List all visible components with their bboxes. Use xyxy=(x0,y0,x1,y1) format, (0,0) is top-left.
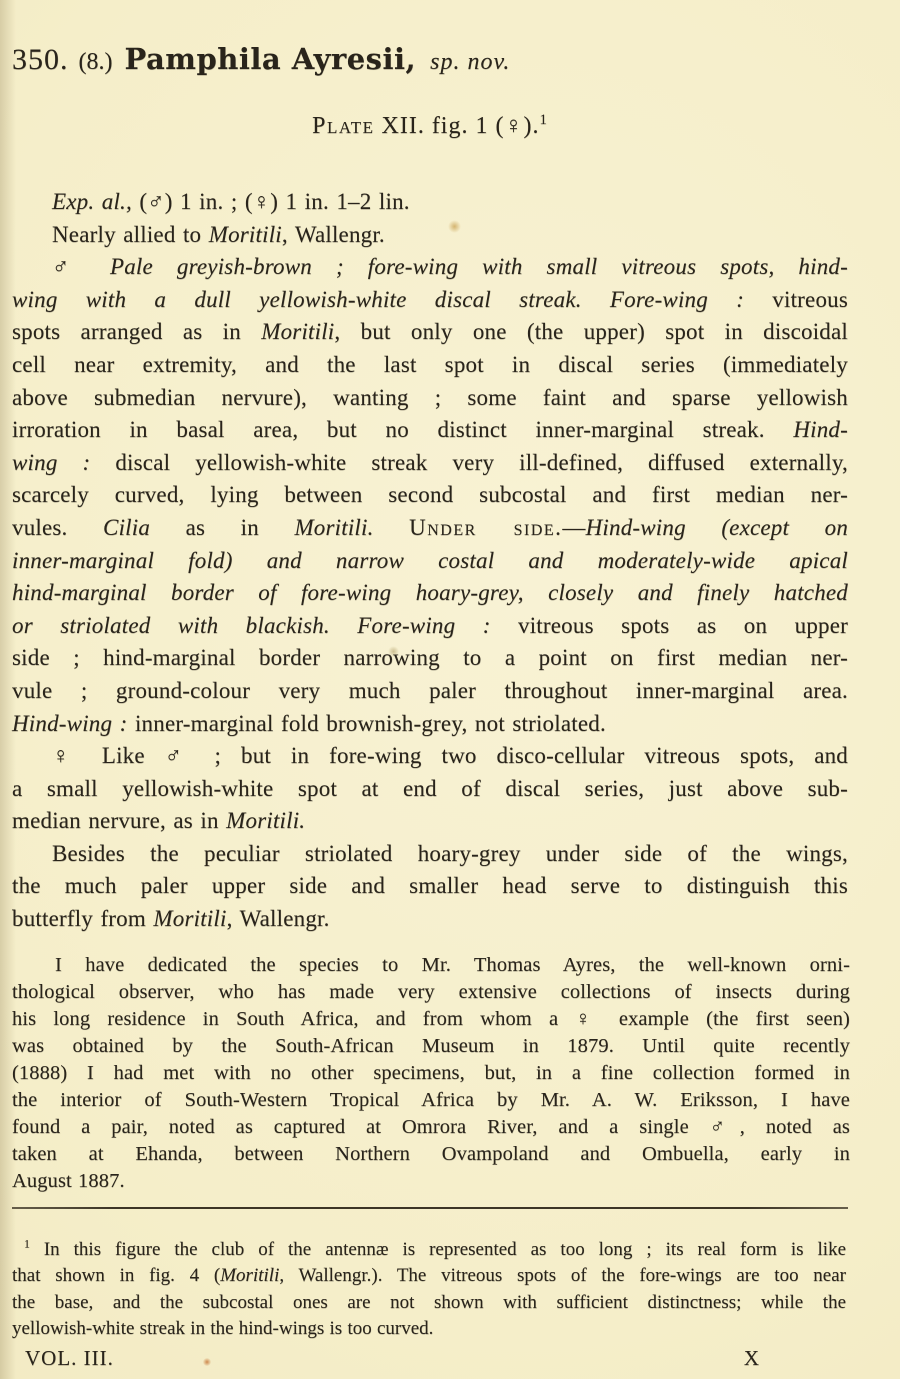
volume-label: VOL. III. xyxy=(25,1346,114,1370)
text-line: hind-marginal border of fore-wing hoary-… xyxy=(12,577,848,610)
text-segment: hind-marginal border of fore-wing hoary-… xyxy=(12,580,848,605)
text-segment: Moritili. xyxy=(226,808,305,833)
text-line: vules. Cilia as in Moritili. Under side.… xyxy=(12,512,848,545)
text-segment: Hind-wing : xyxy=(12,711,128,736)
text-segment: side ; hind-marginal border narrowing to… xyxy=(12,645,848,670)
text-segment: , Wallengr. xyxy=(227,906,330,931)
text-segment: scarcely curved, lying between second su… xyxy=(12,482,848,507)
text-segment: wing with a dull yellowish-white discal … xyxy=(12,287,744,312)
text-segment: , Wallengr. xyxy=(282,222,385,247)
text-line: yellowish-white streak in the hind-wings… xyxy=(12,1316,846,1343)
text-segment: or striolated with blackish. Fore-wing : xyxy=(12,613,491,638)
text-segment: vitreous spots as on upper xyxy=(491,613,848,638)
text-segment: spots arranged as in xyxy=(12,319,261,344)
plate-caption: Plate XII. fig. 1 (♀).1 xyxy=(12,110,848,142)
text-segment: inner-marginal fold) and narrow costal a… xyxy=(12,548,848,573)
text-segment: ♀ Like ♂ ; but in fore-wing two disco-ce… xyxy=(52,743,848,768)
text-line: scarcely curved, lying between second su… xyxy=(12,479,848,512)
text-segment: discal yellowish-white streak very ill-d… xyxy=(90,450,848,475)
text-segment: his long residence in South Africa, and … xyxy=(12,1008,850,1030)
text-line: Nearly allied to Moritili, Wallengr. xyxy=(12,219,848,252)
signature-mark: X xyxy=(744,1346,760,1370)
text-segment: Moritili xyxy=(220,1265,279,1286)
text-line: cell near extremity, and the last spot i… xyxy=(12,349,848,382)
footnote-reference: 1 xyxy=(539,112,547,128)
text-segment: In this figure the club of the antennæ i… xyxy=(30,1239,846,1260)
text-segment: Cilia xyxy=(103,515,150,540)
text-segment: — xyxy=(562,515,585,540)
text-segment: Under side. xyxy=(409,515,562,540)
text-line: a small yellowish-white spot at end of d… xyxy=(12,773,848,806)
text-segment: Besides the peculiar striolated hoary-gr… xyxy=(52,841,848,866)
text-segment: thological observer, who has made very e… xyxy=(12,981,850,1003)
text-line: irroration in basal area, but no distinc… xyxy=(12,414,848,447)
text-segment: Exp. al., xyxy=(52,189,132,214)
text-line: Exp. al., (♂) 1 in. ; (♀) 1 in. 1–2 lin. xyxy=(12,186,848,219)
text-segment: vule ; ground-colour very much paler thr… xyxy=(12,678,848,703)
text-line: Hind-wing : inner-marginal fold brownish… xyxy=(12,708,848,741)
text-line: wing with a dull yellowish-white discal … xyxy=(12,284,848,317)
text-segment: , Wallengr.). The vitreous spots of the … xyxy=(279,1265,846,1286)
text-segment: yellowish-white streak in the hind-wings… xyxy=(12,1318,433,1339)
species-name: Pamphila Ayresii, xyxy=(124,42,416,76)
footnote-text: 1 In this figure the club of the antennæ… xyxy=(12,1237,846,1343)
text-line: wing : discal yellowish-white streak ver… xyxy=(12,447,848,480)
text-line: the much paler upper side and smaller he… xyxy=(12,870,848,903)
text-segment: inner-marginal fold brownish-grey, not s… xyxy=(128,711,606,736)
text-segment: (1888) I had met with no other specimens… xyxy=(12,1062,850,1084)
text-line: taken at Ehanda, between Northern Ovampo… xyxy=(12,1141,850,1168)
text-segment: median nervure, as in xyxy=(12,808,226,833)
text-segment: August 1887. xyxy=(12,1170,125,1192)
text-line: found a pair, noted as captured at Omror… xyxy=(12,1114,850,1141)
text-line: Besides the peculiar striolated hoary-gr… xyxy=(12,838,848,871)
species-index: (8.) xyxy=(79,49,113,75)
page-footer: VOL. III. X xyxy=(12,1346,848,1370)
species-rank: sp. nov. xyxy=(430,49,510,75)
text-line: 1 In this figure the club of the antennæ… xyxy=(12,1237,846,1264)
plate-reference: XII. fig. 1 (♀). xyxy=(375,113,540,139)
text-line: August 1887. xyxy=(12,1168,850,1195)
text-line: that shown in fig. 4 (Moritili, Wallengr… xyxy=(12,1263,846,1290)
text-line: vule ; ground-colour very much paler thr… xyxy=(12,675,848,708)
text-line: the interior of South-Western Tropical A… xyxy=(12,1087,850,1114)
text-line: thological observer, who has made very e… xyxy=(12,979,850,1006)
text-line: I have dedicated the species to Mr. Thom… xyxy=(12,952,850,979)
text-segment: Nearly allied to xyxy=(52,222,209,247)
species-number: 350. xyxy=(12,43,69,76)
text-segment: Hind- xyxy=(793,417,848,442)
text-segment: cell near extremity, and the last spot i… xyxy=(12,352,848,377)
text-segment xyxy=(374,515,410,540)
text-segment: a small yellowish-white spot at end of d… xyxy=(12,776,848,801)
text-segment: Moritili. xyxy=(294,515,373,540)
text-line: side ; hind-marginal border narrowing to… xyxy=(12,642,848,675)
footnote-divider xyxy=(12,1207,848,1209)
text-segment: wing : xyxy=(12,450,90,475)
text-segment: was obtained by the South-African Museum… xyxy=(12,1035,850,1057)
text-segment: vules. xyxy=(12,515,103,540)
text-line: median nervure, as in Moritili. xyxy=(12,805,848,838)
text-segment: butterfly from xyxy=(12,906,153,931)
text-segment: Pale greyish-brown ; fore-wing with smal… xyxy=(110,254,848,279)
text-line: or striolated with blackish. Fore-wing :… xyxy=(12,610,848,643)
text-line: was obtained by the South-African Museum… xyxy=(12,1033,850,1060)
text-segment: irroration in basal area, but no distinc… xyxy=(12,417,793,442)
text-segment: as in xyxy=(150,515,294,540)
text-segment: vitreous xyxy=(744,287,848,312)
text-segment: above submedian nervure), wanting ; some… xyxy=(12,385,848,410)
text-segment: Hind-wing (except on xyxy=(586,515,848,540)
text-segment: (♂) 1 in. ; (♀) 1 in. 1–2 lin. xyxy=(132,189,410,214)
text-line: the base, and the subcostal ones are not… xyxy=(12,1290,846,1317)
text-segment: ♂ xyxy=(52,254,110,279)
text-segment: the base, and the subcostal ones are not… xyxy=(12,1292,846,1313)
text-segment: Moritili xyxy=(261,319,334,344)
text-line: above submedian nervure), wanting ; some… xyxy=(12,382,848,415)
text-line: inner-marginal fold) and narrow costal a… xyxy=(12,545,848,578)
text-segment: the interior of South-Western Tropical A… xyxy=(12,1089,850,1111)
text-segment: the much paler upper side and smaller he… xyxy=(12,873,848,898)
text-segment: Moritili xyxy=(209,222,282,247)
text-line: (1888) I had met with no other specimens… xyxy=(12,1060,850,1087)
text-segment: found a pair, noted as captured at Omror… xyxy=(12,1116,850,1138)
text-line: ♂ Pale greyish-brown ; fore-wing with sm… xyxy=(12,251,848,284)
text-segment: taken at Ehanda, between Northern Ovampo… xyxy=(12,1143,850,1165)
page-body: Exp. al., (♂) 1 in. ; (♀) 1 in. 1–2 lin.… xyxy=(12,186,848,1343)
species-heading: 350. (8.) Pamphila Ayresii, sp. nov. xyxy=(12,40,848,84)
text-line: butterfly from Moritili, Wallengr. xyxy=(12,903,848,936)
text-segment: I have dedicated the species to Mr. Thom… xyxy=(55,954,850,976)
book-page: 350. (8.) Pamphila Ayresii, sp. nov. Pla… xyxy=(0,0,900,1370)
plate-word: Plate xyxy=(312,113,374,139)
dedication-paragraph: I have dedicated the species to Mr. Thom… xyxy=(12,952,850,1195)
description-text: Exp. al., (♂) 1 in. ; (♀) 1 in. 1–2 lin.… xyxy=(12,186,848,936)
text-line: spots arranged as in Moritili, but only … xyxy=(12,316,848,349)
text-line: ♀ Like ♂ ; but in fore-wing two disco-ce… xyxy=(12,740,848,773)
text-segment: , but only one (the upper) spot in disco… xyxy=(334,319,848,344)
text-segment: Moritili xyxy=(153,906,226,931)
text-line: his long residence in South Africa, and … xyxy=(12,1006,850,1033)
text-segment: that shown in fig. 4 ( xyxy=(12,1265,220,1286)
